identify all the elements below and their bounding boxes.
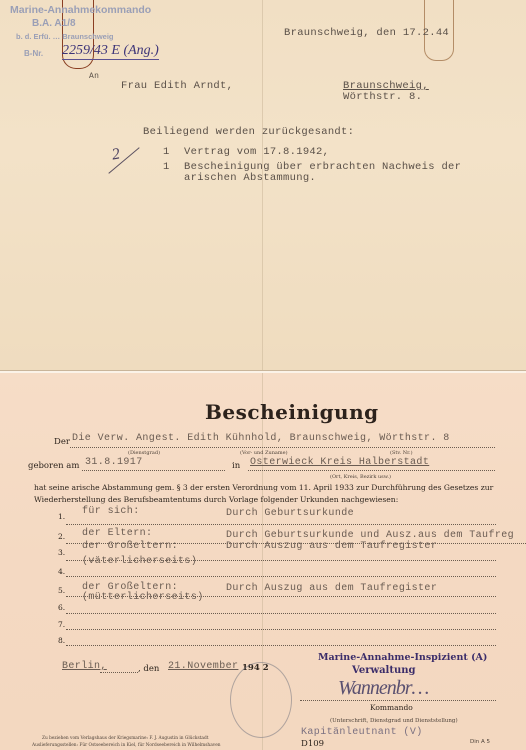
form-size: Din A 5: [470, 739, 490, 745]
row-line: [66, 524, 496, 525]
form-code: D109: [301, 739, 324, 749]
row-number: 5.: [58, 586, 65, 595]
place-date: Braunschweig, den 17.2.44: [284, 27, 449, 39]
item-qty-1: 1: [163, 146, 170, 158]
sender-stamp-line3: b. d. Erfü. … Braunschweig: [16, 32, 114, 41]
row-number: 1.: [58, 512, 65, 521]
row-proof: Durch Auszug aus dem Taufregister: [226, 541, 437, 552]
row-line: [66, 645, 496, 646]
footer-publisher-line2: Auslieferungsstellen: Für Ostseebereich …: [32, 743, 221, 748]
row-number: 4.: [58, 567, 65, 576]
addressee-prefix: An: [89, 72, 99, 81]
caption-name: (Vor- und Zuname): [240, 450, 288, 456]
sign-place: Berlin,: [62, 661, 107, 672]
addressee-street: Wörthstr. 8.: [343, 91, 422, 103]
born-label: geboren am: [28, 461, 79, 471]
born-date: 31.8.1917: [85, 457, 143, 468]
reference-number: 2259/43 E (Ang.): [62, 43, 159, 60]
issuer-stamp-line1: Marine-Annahme-Inspizient (A): [318, 652, 487, 663]
born-date-underline: [82, 470, 225, 471]
item-qty-2: 1: [163, 161, 170, 173]
row-subject: der Eltern:: [82, 528, 152, 539]
row-proof: Durch Geburtsurkunde: [226, 508, 354, 519]
footer-publisher-line1: Zu beziehen vom Verlagshaus der Kriegsma…: [42, 736, 208, 741]
signature-caption: (Unterschrift, Dienstgrad und Dienststel…: [330, 718, 458, 724]
sign-date: 21.November: [168, 661, 238, 672]
row-proof: Durch Auszug aus dem Taufregister: [226, 583, 437, 594]
caption-dienstgrad: (Dienstgrad): [128, 450, 160, 456]
sender-stamp-line2: B.A. A1/8: [32, 18, 76, 29]
enclosure-intro: Beiliegend werden zurückgesandt:: [143, 126, 354, 138]
person-line: Die Verw. Angest. Edith Kühnhold, Brauns…: [72, 433, 450, 444]
born-place: Osterwieck Kreis Halberstadt: [250, 457, 429, 468]
rank: Kapitänleutnant (V): [301, 727, 423, 738]
row-subject: für sich:: [82, 506, 140, 517]
item-text-3: arischen Abstammung.: [184, 172, 316, 184]
item-text-1: Vertrag vom 17.8.1942,: [184, 146, 329, 158]
signature: Wannenbr…: [338, 677, 428, 700]
kommando-label: Kommando: [370, 703, 413, 712]
row-number: 6.: [58, 603, 65, 612]
declaration-line2: Wiederherstellung des Berufsbeamtentums …: [34, 495, 398, 504]
row-number: 8.: [58, 636, 65, 645]
sign-place-dots: [100, 672, 138, 673]
row-line: [66, 629, 496, 630]
reference-label: B-Nr.: [24, 49, 43, 58]
round-seal-stamp: [230, 662, 292, 738]
born-place-underline: [248, 470, 495, 471]
issuer-stamp-line2: Verwaltung: [352, 665, 416, 676]
den-label: , den: [138, 664, 159, 674]
row-number: 2.: [58, 532, 65, 541]
certificate-title: Bescheinigung: [205, 400, 379, 424]
row-subject: (mütterlicherseits): [82, 592, 204, 603]
declaration-line1: hat seine arische Abstammung gem. § 3 de…: [34, 483, 493, 492]
der-label: Der: [54, 437, 70, 447]
caption-place: (Ort, Kreis, Bezirk usw.): [330, 474, 391, 480]
row-number: 7.: [58, 620, 65, 629]
row-line: [66, 613, 496, 614]
row-number: 3.: [58, 548, 65, 557]
signature-line: [300, 700, 496, 701]
sender-stamp-line1: Marine-Annahmekommando: [10, 4, 151, 16]
row-subject: (väterlicherseits): [82, 556, 197, 567]
caption-number: (Stv. Nr.): [390, 450, 413, 456]
row-proof: Durch Geburtsurkunde und Ausz.aus dem Ta…: [226, 530, 514, 541]
person-underline: [70, 447, 495, 448]
row-line: [66, 576, 496, 577]
fold-line: [262, 0, 263, 371]
addressee-name: Frau Edith Arndt,: [121, 80, 233, 92]
row-subject: der Großeltern:: [82, 541, 178, 552]
in-label: in: [232, 461, 240, 471]
